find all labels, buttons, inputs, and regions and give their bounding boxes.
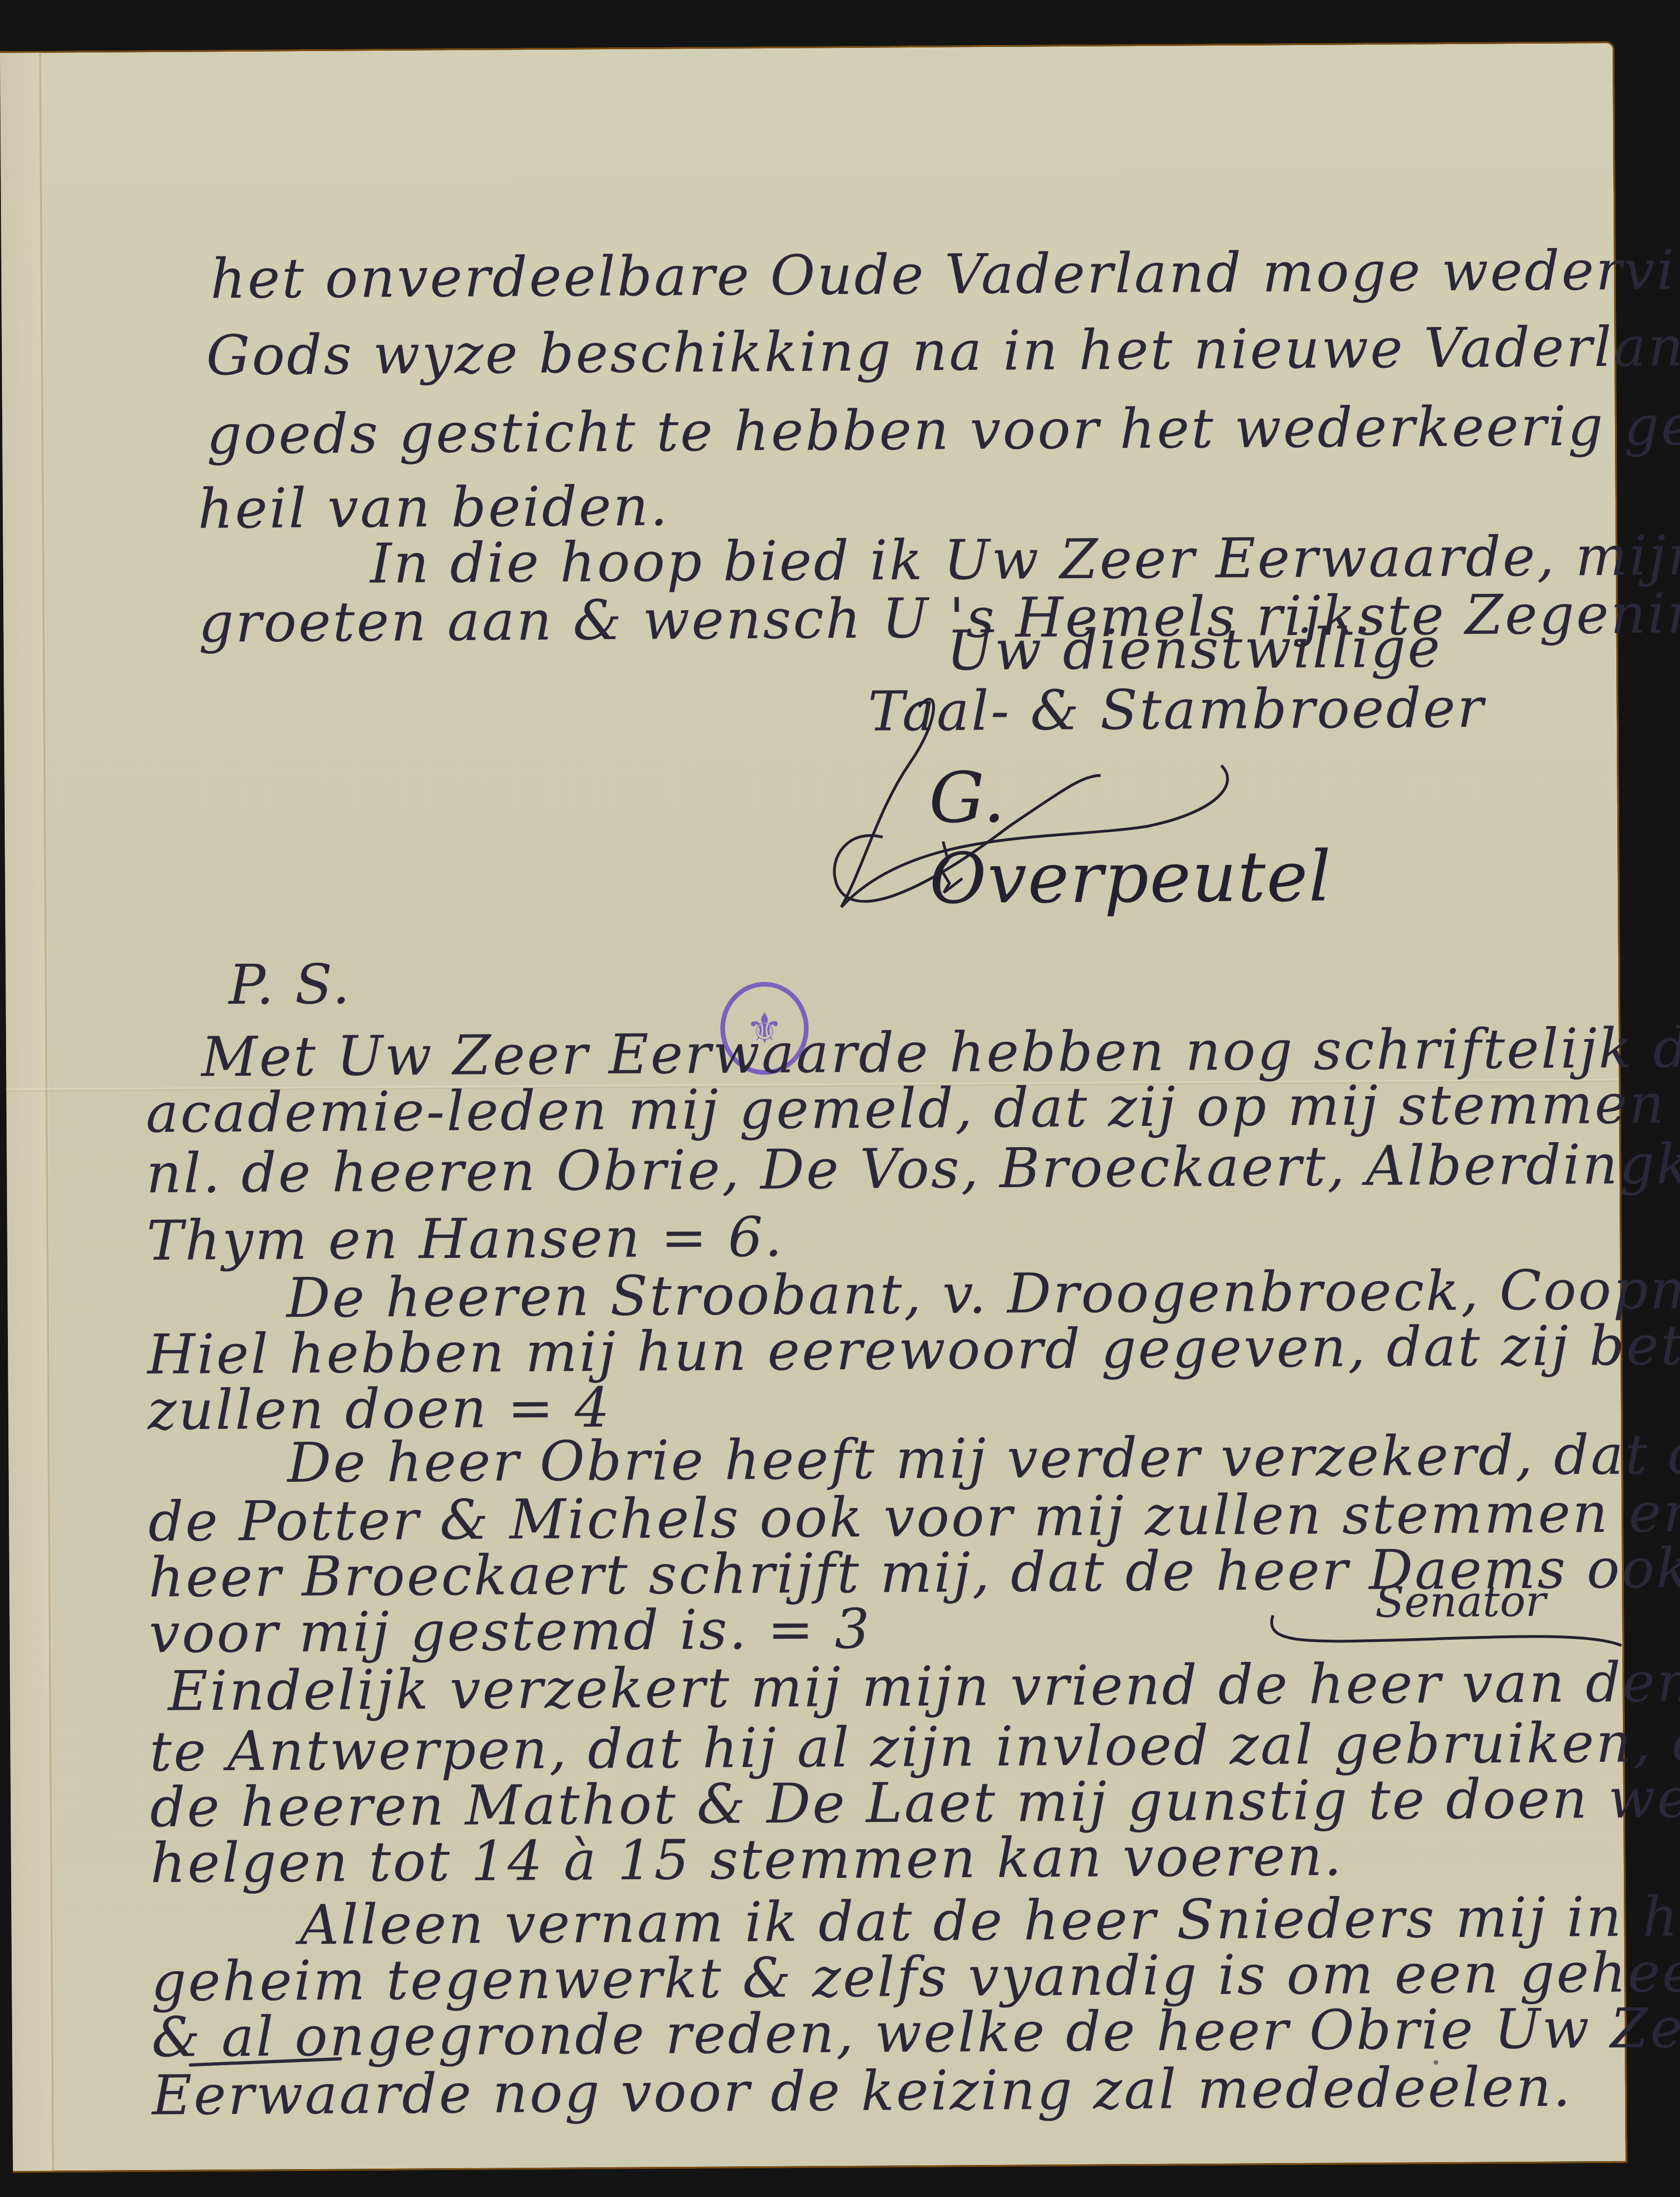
ps-line-2: academie-leden mij gemeld, dat zij op mi…: [146, 1075, 1680, 1141]
ps-line-4-text: Thym en Hansen = 6.: [146, 1205, 784, 1273]
ps-line-19: Eerwaarde nog voor de keizing zal medede…: [152, 2059, 1573, 2123]
letter-line-4: heil van beiden.: [198, 478, 670, 536]
letter-sheet: het onverdeelbare Oude Vaderland moge we…: [0, 41, 1628, 2173]
postscript-heading: P. S.: [229, 956, 352, 1012]
letter-line-1: het onverdeelbare Oude Vaderland moge we…: [210, 241, 1680, 307]
ps-line-3: nl. de heeren Obrie, De Vos, Broeckaert,…: [146, 1137, 1680, 1201]
ps-line-11: voor mij gestemd is. = 3: [149, 1602, 871, 1661]
letter-line-6: groeten aan & wensch U 's Hemels rijkste…: [198, 585, 1680, 650]
ps-line-4: Thym en Hansen = 6.: [146, 1210, 784, 1268]
ps-line-8: De heer Obrie heeft mij verder verzekerd…: [287, 1425, 1680, 1490]
signature: G. Overpeutel: [821, 686, 1380, 949]
letter-line-5: In die hoop bied ik Uw Zeer Eerwaarde, m…: [370, 527, 1680, 591]
letter-line-2: Gods wyze beschikking na in het nieuwe V…: [206, 318, 1680, 383]
signature-name: G. Overpeutel: [928, 755, 1380, 920]
letter-line-3: goeds gesticht te hebben voor het wederk…: [207, 397, 1680, 462]
ps-line-15: helgen tot 14 à 15 stemmen kan voeren.: [150, 1828, 1343, 1890]
closing-line-1: Uw dienstwillige: [947, 620, 1442, 678]
insertion-caret-icon: [1264, 1613, 1626, 1653]
ps-line-6: Hiel hebben mij hun eerewoord gegeven, d…: [147, 1316, 1680, 1382]
ps-line-12: Eindelijk verzekert mij mijn vriend de h…: [168, 1653, 1680, 1718]
ps-line-14: de heeren Mathot & De Laet mij gunstig t…: [150, 1770, 1680, 1835]
